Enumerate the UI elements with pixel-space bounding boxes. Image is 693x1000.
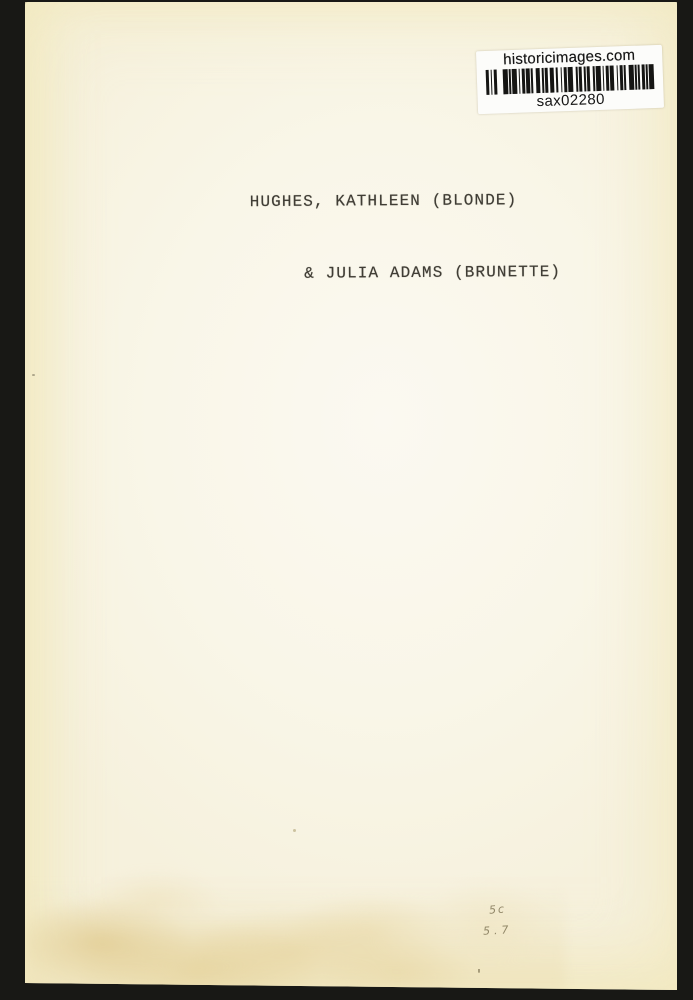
caption-line-1: HUGHES, KATHLEEN (BLONDE) <box>250 192 561 210</box>
bottom-stain <box>25 850 565 990</box>
typed-caption: HUGHES, KATHLEEN (BLONDE) & JULIA ADAMS … <box>249 160 561 314</box>
caption-line-2: & JULIA ADAMS (BRUNETTE) <box>250 264 561 282</box>
pencil-mark-3: ' <box>477 968 481 983</box>
photo-back-paper: HUGHES, KATHLEEN (BLONDE) & JULIA ADAMS … <box>25 2 677 998</box>
pencil-mark-1: 5c <box>488 902 506 916</box>
paper-edge-yellowing <box>25 2 677 998</box>
paper-speck <box>32 374 35 376</box>
pencil-mark-2: 5.7 <box>483 923 513 938</box>
barcode-sticker: historicimages.com sax02280 <box>476 45 664 114</box>
paper-speck <box>293 829 296 832</box>
scan-background: HUGHES, KATHLEEN (BLONDE) & JULIA ADAMS … <box>0 0 693 1000</box>
